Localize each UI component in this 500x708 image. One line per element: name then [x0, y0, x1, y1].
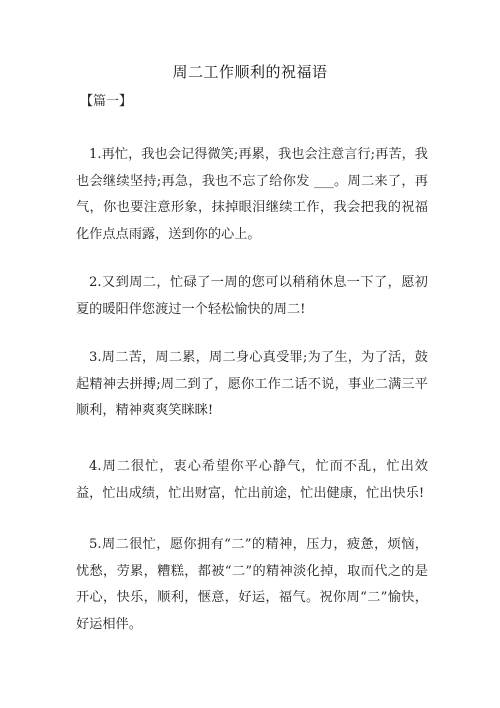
paragraph-4: 4.周二很忙，衷心希望你平心静气，忙而不乱，忙出效益，忙出成绩，忙出财富，忙出前… [76, 454, 428, 507]
paragraph-5: 5.周二很忙，愿你拥有“二”的精神，压力，疲惫，烦恼，忧愁，劳累，糟糕，都被“二… [76, 532, 428, 638]
paragraph-1: 1.再忙，我也会记得微笑;再累，我也会注意言行;再苦，我也会继续坚持;再急，我也… [76, 142, 428, 248]
paragraph-3: 3.周二苦，周二累，周二身心真受罪;为了生，为了活，鼓起精神去拼搏;周二到了，愿… [76, 345, 428, 425]
section-label: 【篇一】 [80, 92, 132, 112]
paragraph-2: 2.又到周二，忙碌了一周的您可以稍稍休息一下了，愿初夏的暖阳伴您渡过一个轻松愉快… [76, 270, 428, 323]
document-page: 周二工作顺利的祝福语 【篇一】 1.再忙，我也会记得微笑;再累，我也会注意言行;… [0, 0, 500, 708]
document-title: 周二工作顺利的祝福语 [0, 62, 500, 82]
